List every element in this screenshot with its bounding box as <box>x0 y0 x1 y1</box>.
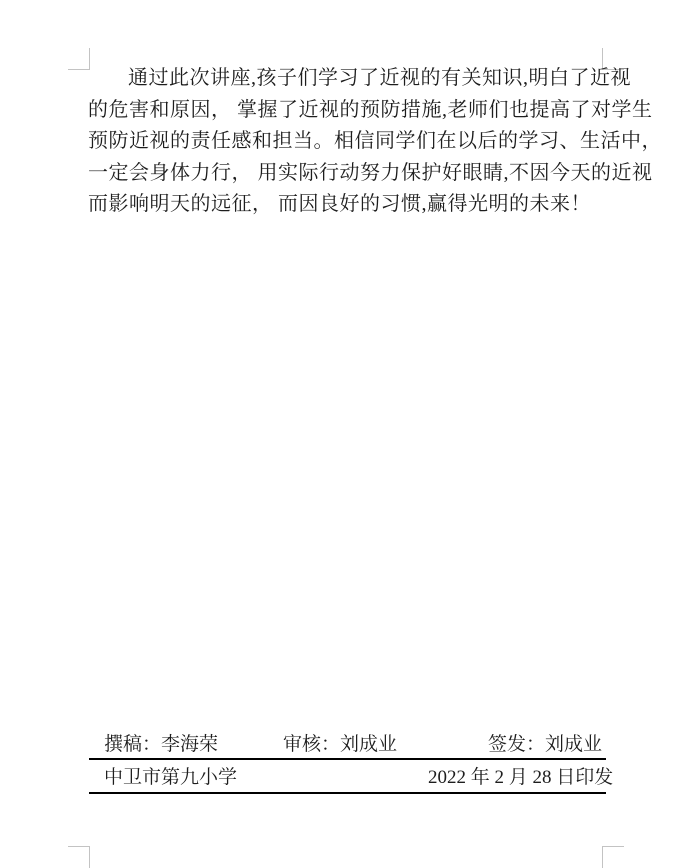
footer-issued-by: 签发：刘成业 <box>488 732 602 758</box>
footer-rule-top <box>89 758 606 760</box>
footer-rule-bottom <box>89 792 606 794</box>
crop-mark-top-left <box>68 48 90 70</box>
paragraph-line-2: 的危害和原因， 掌握了近视的预防措施,老师们也提高了对学生 <box>88 95 604 127</box>
crop-mark-bottom-right <box>602 846 624 868</box>
paragraph-line-1: 通过此次讲座,孩子们学习了近视的有关知识,明白了近视 <box>88 63 604 95</box>
paragraph-line-5: 而影响明天的远征， 而因良好的习惯,赢得光明的未来！ <box>88 189 604 221</box>
body-paragraph: 通过此次讲座,孩子们学习了近视的有关知识,明白了近视 的危害和原因， 掌握了近视… <box>88 63 604 221</box>
crop-mark-bottom-left <box>68 846 90 868</box>
document-page: 通过此次讲座,孩子们学习了近视的有关知识,明白了近视 的危害和原因， 掌握了近视… <box>0 0 687 868</box>
footer-reviewed-by: 审核：刘成业 <box>283 732 397 758</box>
footer-print-date: 2022 年 2 月 28 日印发 <box>428 765 613 791</box>
footer-drafted-by: 撰稿：李海荣 <box>104 732 218 758</box>
paragraph-line-3: 预防近视的责任感和担当。相信同学们在以后的学习、生活中， <box>88 126 604 158</box>
paragraph-line-4: 一定会身体力行， 用实际行动努力保护好眼睛,不因今天的近视 <box>88 158 604 190</box>
footer-organization: 中卫市第九小学 <box>104 765 237 791</box>
